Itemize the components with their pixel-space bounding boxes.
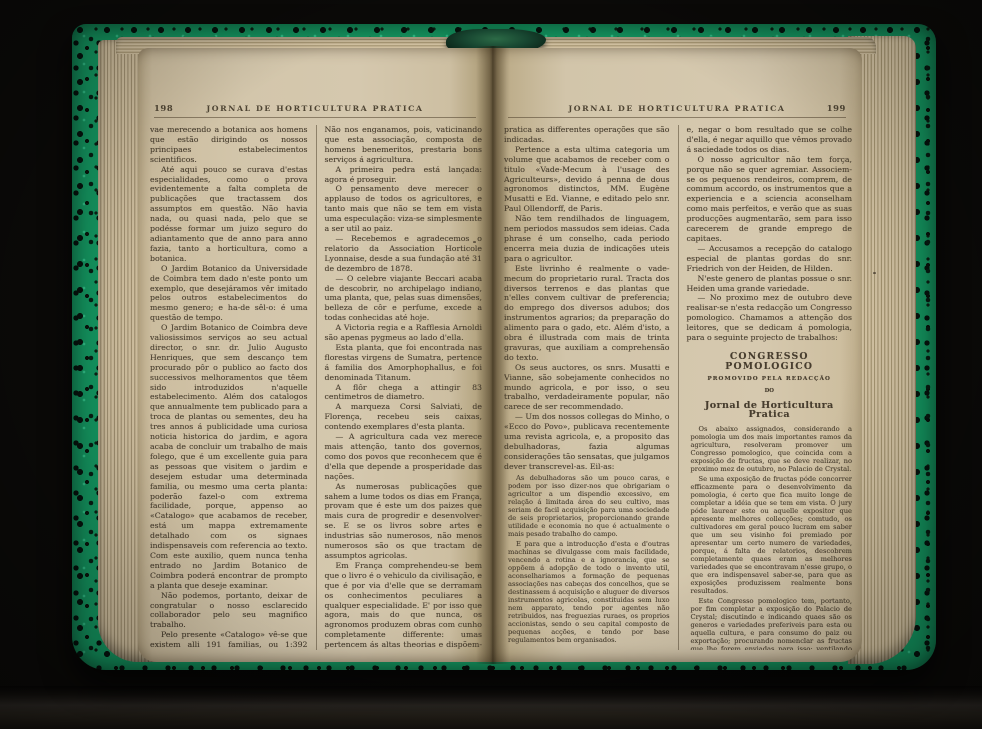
right-running-title: JORNAL DE HORTICULTURA PRATICA [550, 104, 804, 113]
paragraph: — Um dos nossos collegas do Minho, o «Ec… [504, 412, 670, 471]
paragraph: Os abaixo assignados, considerando a pom… [691, 425, 853, 473]
right-page-header: JORNAL DE HORTICULTURA PRATICA 199 [508, 103, 846, 113]
right-page-number: 199 [804, 103, 846, 113]
paragraph: — Recebemos e agradecemos o relatorio da… [325, 234, 483, 274]
paragraph: As numerosas publicações que sahem a lum… [325, 482, 483, 561]
paragraph: Em França comprehendeu-se bem que o livr… [325, 561, 483, 650]
paragraph: vae merecendo a botanica aos homens que … [150, 125, 308, 165]
paragraph: O Jardim Botanico da Universidade de Coi… [150, 264, 308, 323]
paragraph: Este livrinho é realmente o vade-mecum d… [504, 264, 670, 363]
right-column2-intro: e, negar o bom resultado que se colhe d'… [687, 125, 853, 343]
left-page: 198 JORNAL DE HORTICULTURA PRATICA vae m… [138, 48, 492, 662]
paragraph: Os seus auctores, os snrs. Musatti e Via… [504, 363, 670, 413]
paragraph: Até aqui pouco se curava d'estas especia… [150, 165, 308, 264]
left-page-column-2: Não nos enganamos, pois, vaticinando que… [316, 125, 483, 650]
paragraph: O Jardim Botanico de Coimbra deve valios… [150, 323, 308, 590]
left-page-number: 198 [154, 103, 196, 113]
right-page-column-1: pratica as differentes operações que são… [504, 125, 678, 650]
ink-speck [473, 241, 476, 243]
paragraph: Não tem rendilhados de linguagem, nem pe… [504, 214, 670, 264]
congresso-subtitle: PROMOVIDO PELA REDACÇÃO [687, 375, 853, 385]
table-edge [0, 686, 982, 729]
right-header-rule [508, 117, 846, 118]
paragraph: A marqueza Corsi Salviati, de Florença, … [325, 402, 483, 432]
paragraph: N'este genero de plantas possue o snr. H… [687, 274, 853, 294]
paragraph: e, negar o bom resultado que se colhe d'… [687, 125, 853, 155]
paragraph: A Victoria regia e a Rafflesia Arnoldi s… [325, 323, 483, 343]
paragraph: — A agricultura cada vez merece mais att… [325, 432, 483, 482]
congresso-title: CONGRESSO POMOLOGICO [687, 352, 853, 372]
paragraph: — Accusamos a recepção do catalogo espec… [687, 244, 853, 274]
congresso-heading: CONGRESSO POMOLOGICO PROMOVIDO PELA REDA… [687, 352, 853, 420]
congresso-journal-name: Jornal de Horticultura Pratica [687, 401, 853, 421]
paragraph: — No proximo mez de outubro deve realisa… [687, 293, 853, 343]
left-header-rule [154, 117, 476, 118]
left-page-header: 198 JORNAL DE HORTICULTURA PRATICA [154, 103, 476, 113]
congresso-connector: DO [687, 387, 853, 397]
ink-speck [873, 272, 876, 274]
paragraph: Esta planta, que foi encontrada nas flor… [325, 343, 483, 383]
left-page-columns: vae merecendo a botanica aos homens que … [150, 125, 482, 650]
paragraph: Este Congresso pomologico tem, portanto,… [691, 597, 853, 650]
right-column2-project: Os abaixo assignados, considerando a pom… [687, 425, 853, 650]
paragraph: E para que a introducção d'esta e d'outr… [508, 540, 670, 644]
left-page-column-1: vae merecendo a botanica aos homens que … [150, 125, 316, 650]
paragraph: Pelo presente «Catalogo» vê-se que exist… [150, 630, 308, 650]
left-running-title: JORNAL DE HORTICULTURA PRATICA [196, 104, 434, 113]
paragraph: O pensamento deve merecer o applauso de … [325, 184, 483, 234]
right-page-column-2: e, negar o bom resultado que se colhe d'… [678, 125, 853, 650]
paragraph: As debulhadoras são um pouco caras, e po… [508, 474, 670, 538]
paragraph: O nosso agricultor não tem força, porque… [687, 155, 853, 244]
paragraph: A primeira pedra está lançada: agora é p… [325, 165, 483, 185]
right-page: JORNAL DE HORTICULTURA PRATICA 199 prati… [492, 48, 862, 662]
paragraph: pratica as differentes operações que são… [504, 125, 670, 145]
book-photo-scene: 198 JORNAL DE HORTICULTURA PRATICA vae m… [0, 0, 982, 729]
paragraph: Não podemos, portanto, deixar de congrat… [150, 591, 308, 631]
paragraph: Pertence a esta ultima categoria um volu… [504, 145, 670, 214]
right-page-columns: pratica as differentes operações que são… [504, 125, 852, 650]
paragraph: Não nos enganamos, pois, vaticinando que… [325, 125, 483, 165]
paragraph: A flôr chega a attingir 83 centimetros d… [325, 383, 483, 403]
paragraph: Se uma exposição de fructas póde concorr… [691, 475, 853, 595]
paragraph: — O celebre viajante Beccari acaba de de… [325, 274, 483, 324]
